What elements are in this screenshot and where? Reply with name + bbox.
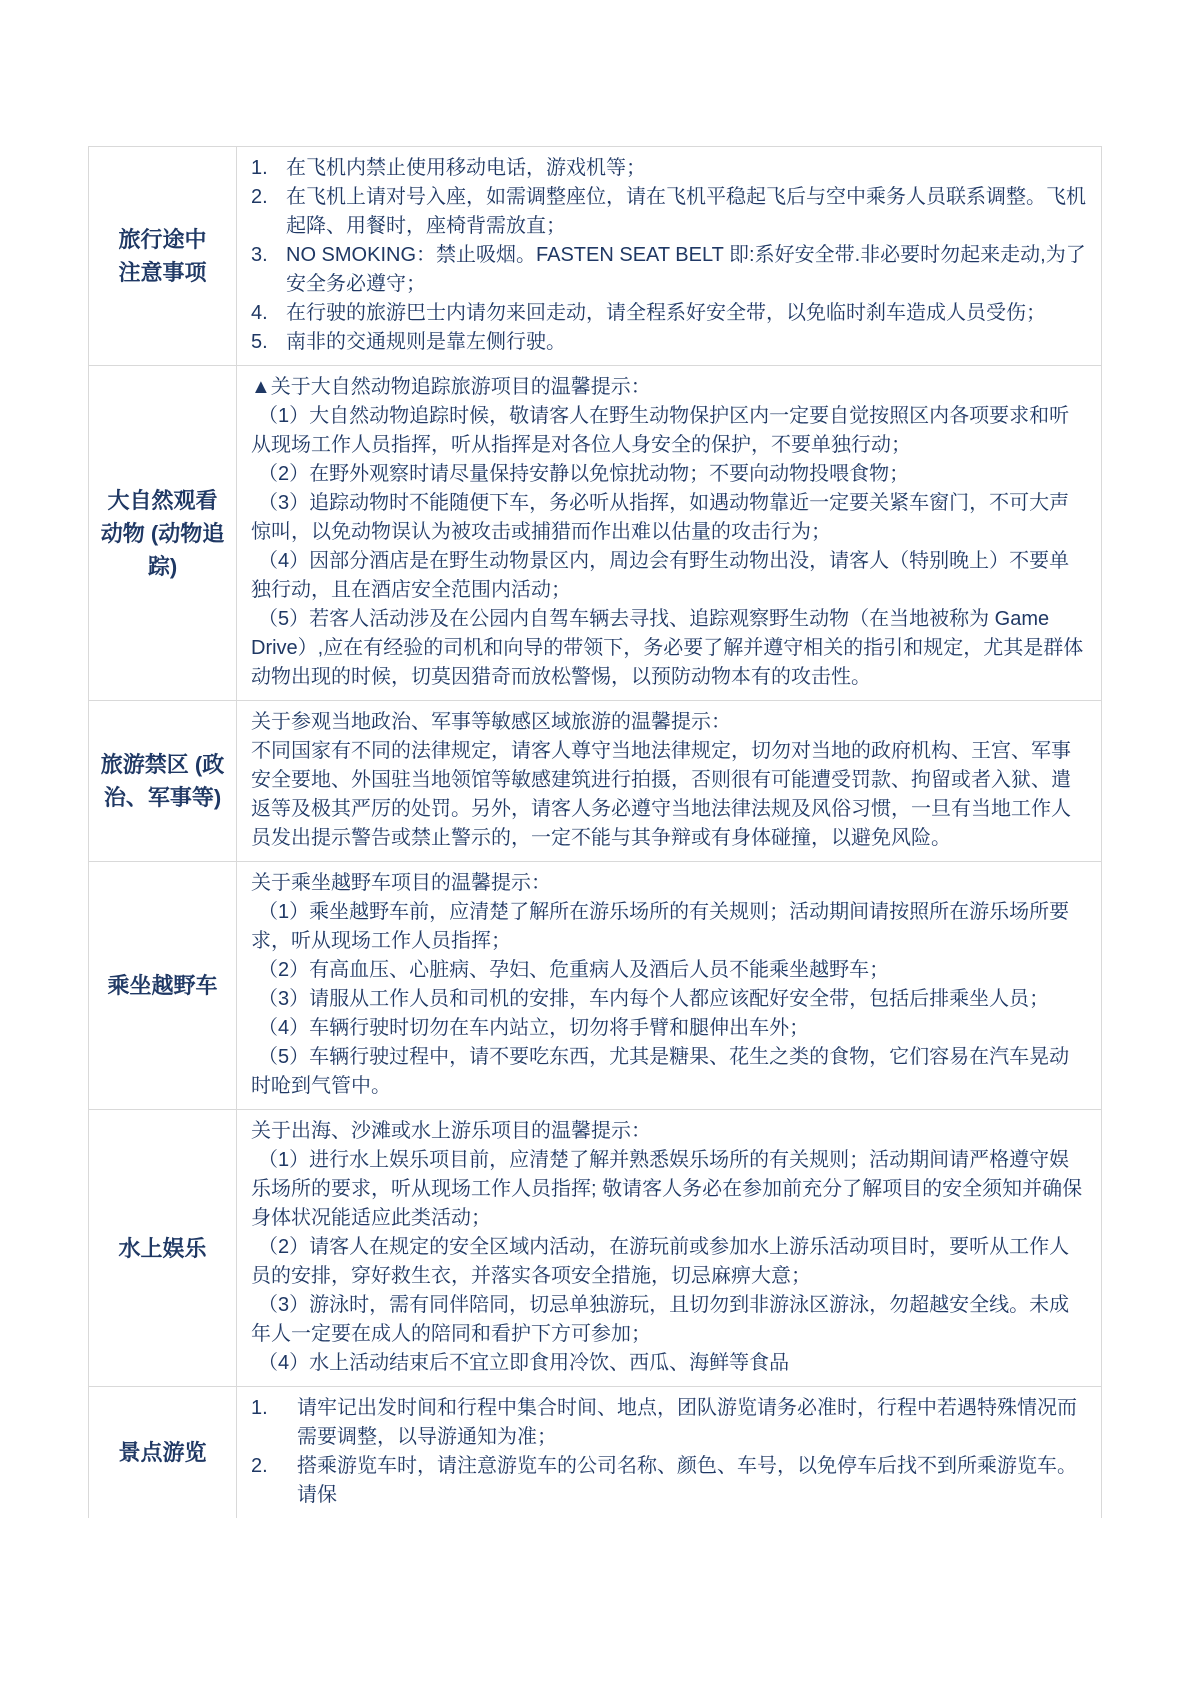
numbered-item: 1.请牢记出发时间和行程中集合时间、地点，团队游览请务必准时，行程中若遇特殊情况… (251, 1394, 1089, 1452)
paragraph: （1）进行水上娱乐项目前，应清楚了解并熟悉娱乐场所的有关规则；活动期间请严格遵守… (251, 1146, 1089, 1233)
paragraph: （1）乘坐越野车前，应清楚了解所在游乐场所的有关规则；活动期间请按照所在游乐场所… (251, 898, 1089, 956)
table-row-water-entertainment: 水上娱乐 关于出海、沙滩或水上游乐项目的温馨提示：（1）进行水上娱乐项目前，应清… (89, 1110, 1102, 1387)
paragraph: 不同国家有不同的法律规定，请客人尊守当地法律规定，切勿对当地的政府机构、王宫、军… (251, 737, 1089, 853)
paragraph: 关于出海、沙滩或水上游乐项目的温馨提示： (251, 1117, 1089, 1146)
row-header-restricted-areas: 旅游禁区 (政治、军事等) (89, 701, 237, 862)
table-row-sightseeing: 景点游览 1.请牢记出发时间和行程中集合时间、地点，团队游览请务必准时，行程中若… (89, 1387, 1102, 1519)
paragraph: （1）大自然动物追踪时候，敬请客人在野生动物保护区内一定要自觉按照区内各项要求和… (251, 402, 1089, 460)
row-header-water-entertainment: 水上娱乐 (89, 1110, 237, 1387)
row-title-line: 旅行途中 (94, 223, 231, 256)
item-number: 2. (251, 183, 268, 212)
row-title-line: 水上娱乐 (94, 1232, 231, 1265)
paragraph: （4）车辆行驶时切勿在车内站立，切勿将手臂和腿伸出车外； (251, 1014, 1089, 1043)
item-number: 3. (251, 241, 268, 270)
table-row-wildlife-watching: 大自然观看动物 (动物追踪) ▲关于大自然动物追踪旅游项目的温馨提示：（1）大自… (89, 366, 1102, 701)
numbered-item: 3.NO SMOKING：禁止吸烟。FASTEN SEAT BELT 即:系好安… (251, 241, 1089, 299)
paragraph: （4）水上活动结束后不宜立即食用冷饮、西瓜、海鲜等食品 (251, 1349, 1089, 1378)
travel-notice-table: 旅行途中注意事项 1.在飞机内禁止使用移动电话，游戏机等；2.在飞机上请对号入座… (88, 146, 1102, 1518)
item-number: 2. (251, 1452, 268, 1481)
row-content-wildlife-watching: ▲关于大自然动物追踪旅游项目的温馨提示：（1）大自然动物追踪时候，敬请客人在野生… (237, 366, 1102, 701)
paragraph: （5）车辆行驶过程中，请不要吃东西，尤其是糖果、花生之类的食物，它们容易在汽车晃… (251, 1043, 1089, 1101)
row-header-sightseeing: 景点游览 (89, 1387, 237, 1519)
item-text: 在飞机内禁止使用移动电话，游戏机等； (286, 157, 646, 179)
numbered-item: 5.南非的交通规则是靠左侧行驶。 (251, 328, 1089, 357)
item-number: 4. (251, 299, 268, 328)
travel-notice-table-body: 旅行途中注意事项 1.在飞机内禁止使用移动电话，游戏机等；2.在飞机上请对号入座… (89, 147, 1102, 1519)
row-header-travel-precautions: 旅行途中注意事项 (89, 147, 237, 366)
paragraph: 关于乘坐越野车项目的温馨提示： (251, 869, 1089, 898)
numbered-item: 1.在飞机内禁止使用移动电话，游戏机等； (251, 154, 1089, 183)
item-number: 5. (251, 328, 268, 357)
row-content-travel-precautions: 1.在飞机内禁止使用移动电话，游戏机等；2.在飞机上请对号入座，如需调整座位，请… (237, 147, 1102, 366)
paragraph: ▲关于大自然动物追踪旅游项目的温馨提示： (251, 373, 1089, 402)
paragraph: （2）请客人在规定的安全区域内活动，在游玩前或参加水上游乐活动项目时，要听从工作… (251, 1233, 1089, 1291)
row-content-off-road-vehicle: 关于乘坐越野车项目的温馨提示：（1）乘坐越野车前，应清楚了解所在游乐场所的有关规… (237, 862, 1102, 1110)
item-text: 在飞机上请对号入座，如需调整座位，请在飞机平稳起飞后与空中乘务人员联系调整。飞机… (286, 186, 1086, 237)
row-title-line: 大自然观看 (94, 484, 231, 517)
table-row-travel-precautions: 旅行途中注意事项 1.在飞机内禁止使用移动电话，游戏机等；2.在飞机上请对号入座… (89, 147, 1102, 366)
row-title-line: 注意事项 (94, 256, 231, 289)
paragraph: （3）请服从工作人员和司机的安排，车内每个人都应该配好安全带，包括后排乘坐人员； (251, 985, 1089, 1014)
item-text: NO SMOKING：禁止吸烟。FASTEN SEAT BELT 即:系好安全带… (286, 244, 1086, 295)
table-row-restricted-areas: 旅游禁区 (政治、军事等) 关于参观当地政治、军事等敏感区域旅游的温馨提示：不同… (89, 701, 1102, 862)
row-title-line: 旅游禁区 (政 (94, 748, 231, 781)
paragraph: 关于参观当地政治、军事等敏感区域旅游的温馨提示： (251, 708, 1089, 737)
row-title-line: 治、军事等) (94, 781, 231, 814)
row-title-line: 景点游览 (94, 1436, 231, 1469)
row-header-off-road-vehicle: 乘坐越野车 (89, 862, 237, 1110)
row-header-wildlife-watching: 大自然观看动物 (动物追踪) (89, 366, 237, 701)
item-number: 1. (251, 1394, 268, 1423)
document-page: 旅行途中注意事项 1.在飞机内禁止使用移动电话，游戏机等；2.在飞机上请对号入座… (0, 0, 1190, 1683)
paragraph: （3）追踪动物时不能随便下车，务必听从指挥，如遇动物靠近一定要关紧车窗门，不可大… (251, 489, 1089, 547)
paragraph: （2）有高血压、心脏病、孕妇、危重病人及酒后人员不能乘坐越野车； (251, 956, 1089, 985)
item-text: 在行驶的旅游巴士内请勿来回走动，请全程系好安全带，以免临时刹车造成人员受伤； (286, 302, 1046, 324)
row-title-line: 踪) (94, 550, 231, 583)
numbered-item: 2.在飞机上请对号入座，如需调整座位，请在飞机平稳起飞后与空中乘务人员联系调整。… (251, 183, 1089, 241)
item-text: 搭乘游览车时，请注意游览车的公司名称、颜色、车号，以免停车后找不到所乘游览车。请… (297, 1455, 1077, 1506)
row-title-line: 动物 (动物追 (94, 517, 231, 550)
paragraph: （5）若客人活动涉及在公园内自驾车辆去寻找、追踪观察野生动物（在当地被称为 Ga… (251, 605, 1089, 692)
row-title-line: 乘坐越野车 (94, 969, 231, 1002)
row-content-sightseeing: 1.请牢记出发时间和行程中集合时间、地点，团队游览请务必准时，行程中若遇特殊情况… (237, 1387, 1102, 1519)
numbered-item: 2.搭乘游览车时，请注意游览车的公司名称、颜色、车号，以免停车后找不到所乘游览车… (251, 1452, 1089, 1510)
paragraph: （2）在野外观察时请尽量保持安静以免惊扰动物；不要向动物投喂食物； (251, 460, 1089, 489)
row-content-water-entertainment: 关于出海、沙滩或水上游乐项目的温馨提示：（1）进行水上娱乐项目前，应清楚了解并熟… (237, 1110, 1102, 1387)
item-text: 请牢记出发时间和行程中集合时间、地点，团队游览请务必准时，行程中若遇特殊情况而需… (297, 1397, 1077, 1448)
item-text: 南非的交通规则是靠左侧行驶。 (286, 331, 566, 353)
item-number: 1. (251, 154, 268, 183)
numbered-item: 4.在行驶的旅游巴士内请勿来回走动，请全程系好安全带，以免临时刹车造成人员受伤； (251, 299, 1089, 328)
paragraph: （3）游泳时，需有同伴陪同，切忌单独游玩，且切勿到非游泳区游泳，勿超越安全线。未… (251, 1291, 1089, 1349)
paragraph: （4）因部分酒店是在野生动物景区内，周边会有野生动物出没，请客人（特别晚上）不要… (251, 547, 1089, 605)
row-content-restricted-areas: 关于参观当地政治、军事等敏感区域旅游的温馨提示：不同国家有不同的法律规定，请客人… (237, 701, 1102, 862)
table-row-off-road-vehicle: 乘坐越野车 关于乘坐越野车项目的温馨提示：（1）乘坐越野车前，应清楚了解所在游乐… (89, 862, 1102, 1110)
